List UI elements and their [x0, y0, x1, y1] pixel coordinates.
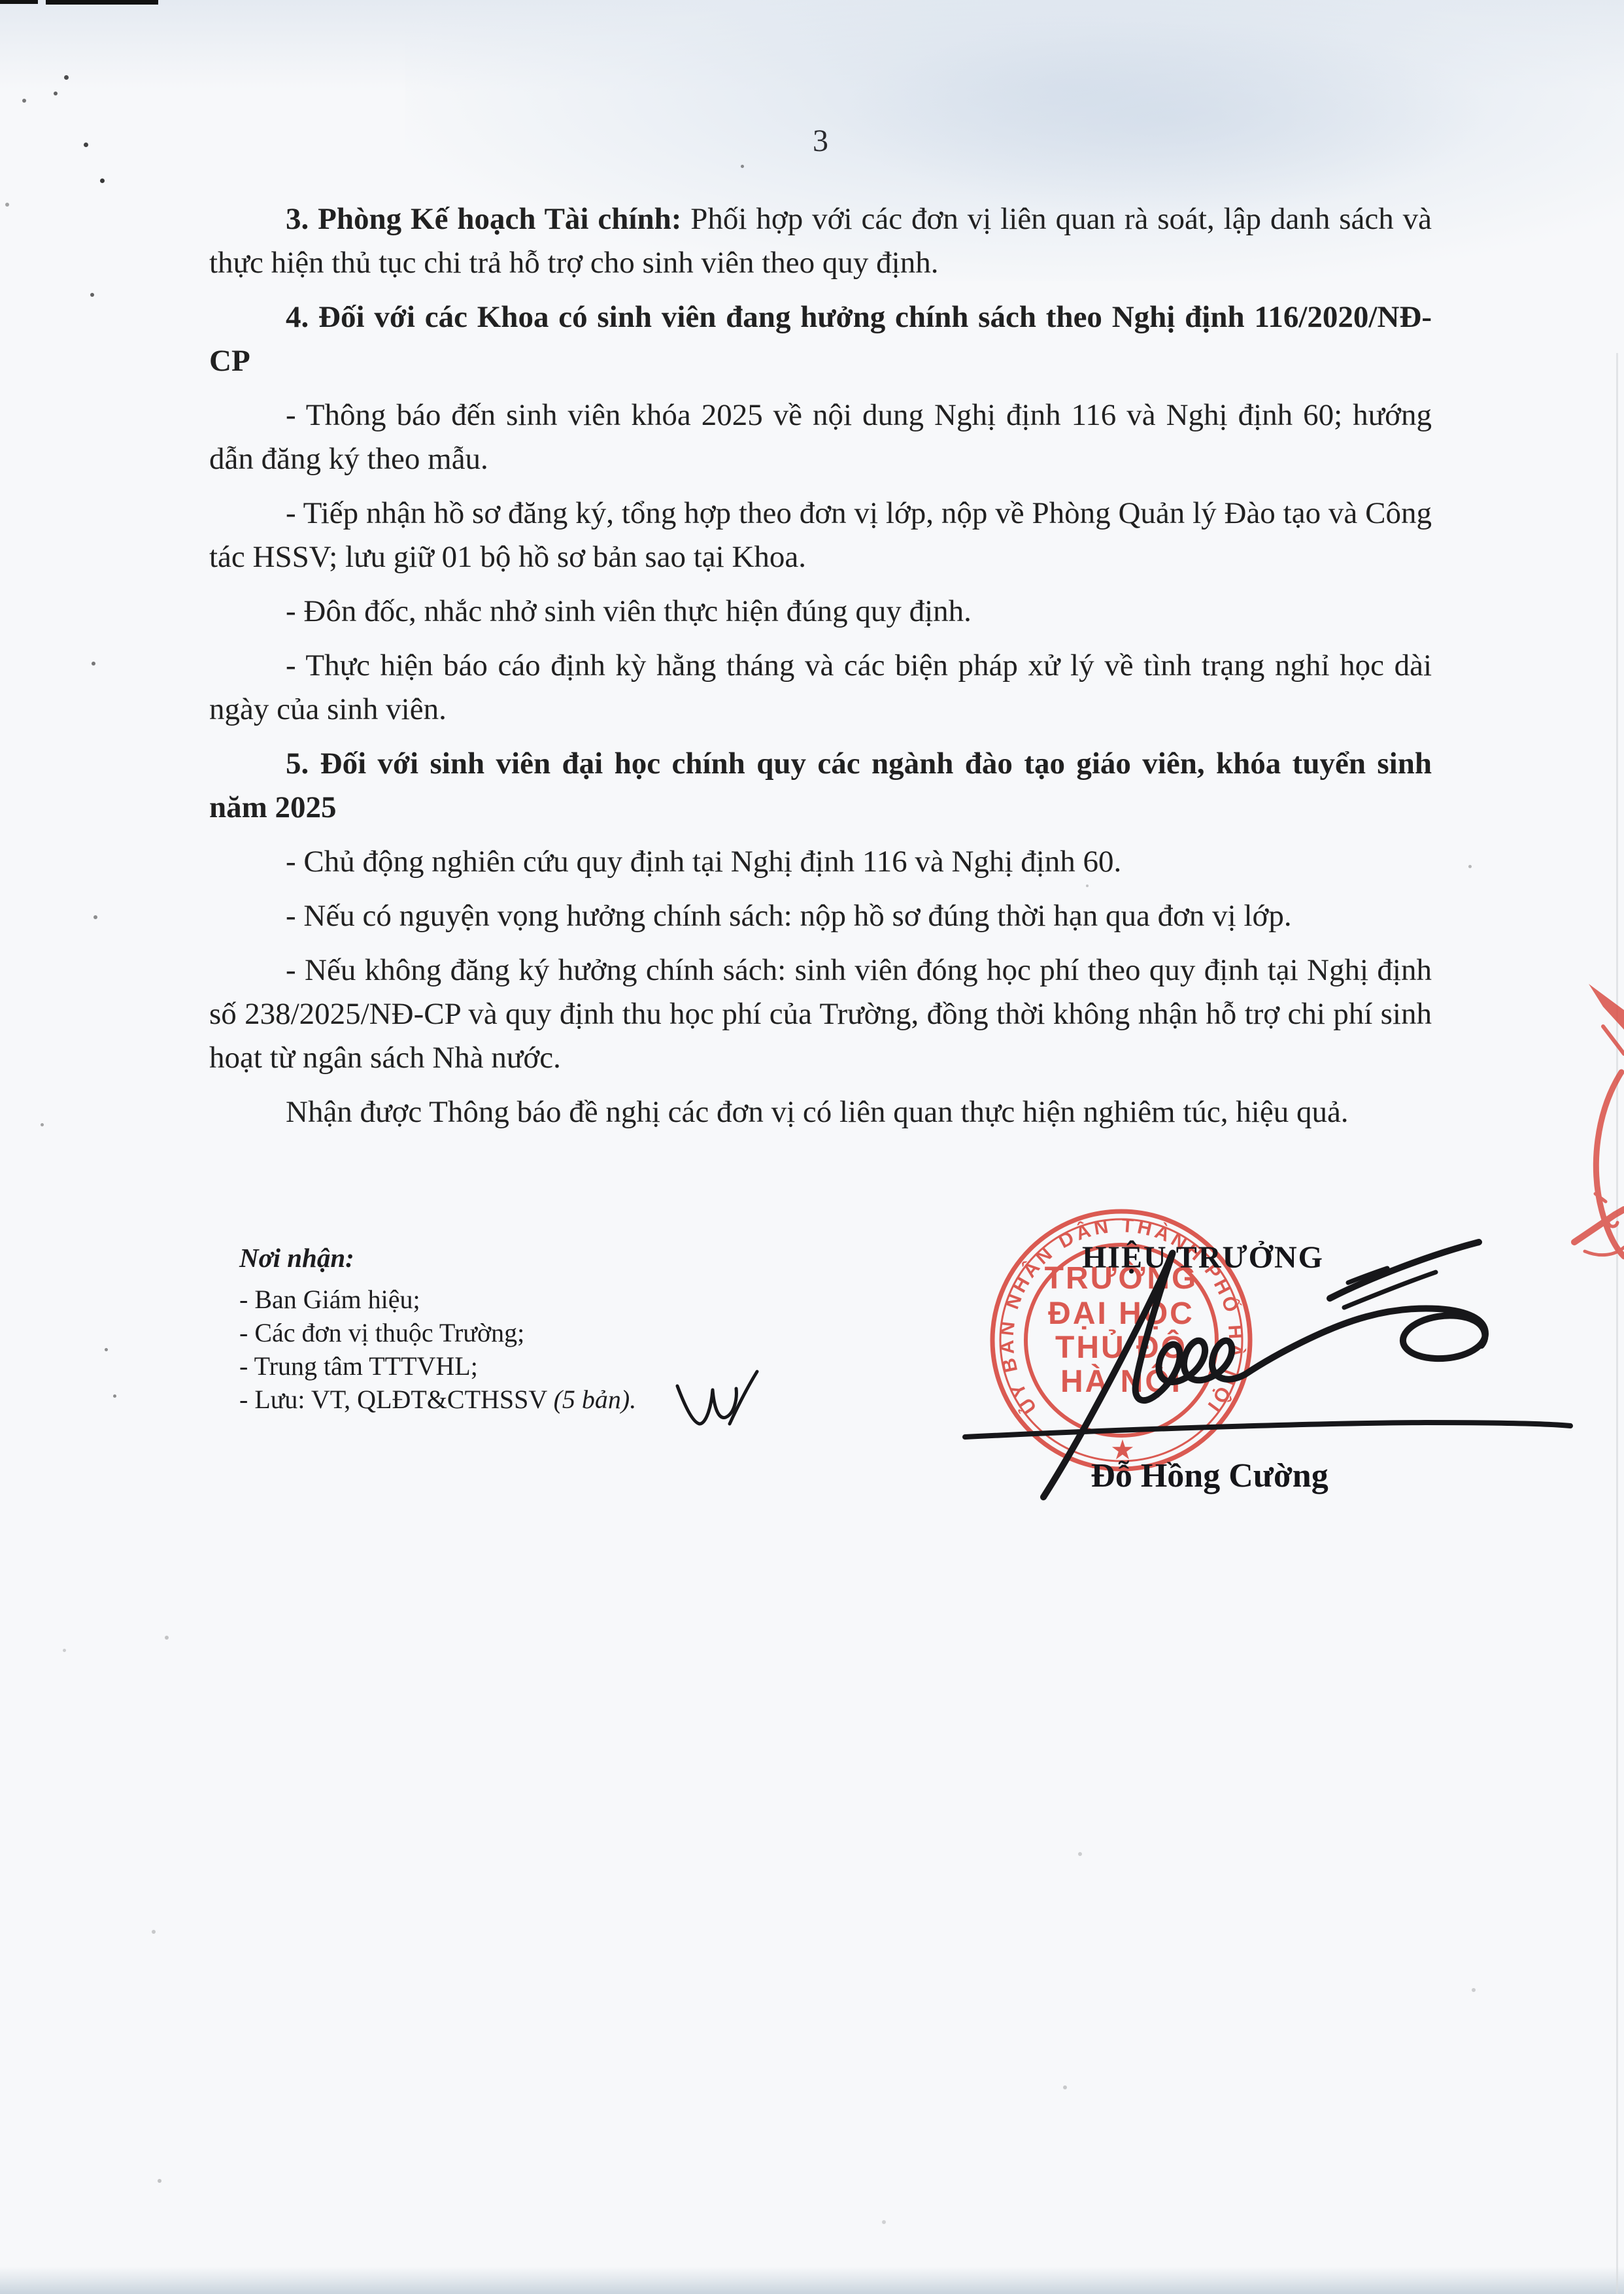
scan-speck [41, 1123, 44, 1126]
scan-speck [84, 143, 88, 147]
document-body: 3. Phòng Kế hoạch Tài chính: Phối hợp vớ… [209, 197, 1432, 1145]
body-paragraph: - Nếu có nguyện vọng hưởng chính sách: n… [209, 894, 1432, 938]
recipients-block: Nơi nhận: - Ban Giám hiệu;- Các đơn vị t… [239, 1242, 828, 1416]
body-paragraph: 3. Phòng Kế hoạch Tài chính: Phối hợp vớ… [209, 197, 1432, 285]
scan-speck [93, 915, 97, 919]
scan-speck [1472, 1988, 1476, 1992]
recipients-list: - Ban Giám hiệu;- Các đơn vị thuộc Trườn… [239, 1283, 828, 1416]
scan-speck [92, 662, 95, 666]
scan-speck [100, 178, 105, 183]
paragraph-bold-text: 4. Đối với các Khoa có sinh viên đang hư… [209, 300, 1432, 378]
scan-speck [64, 75, 69, 80]
scan-speck [90, 293, 94, 297]
body-paragraph: Nhận được Thông báo đề nghị các đơn vị c… [209, 1090, 1432, 1134]
scan-speck [165, 1636, 169, 1640]
scan-speck [1063, 2085, 1067, 2089]
scanned-document-page: 3 3. Phòng Kế hoạch Tài chính: Phối hợp … [0, 0, 1624, 2294]
paragraph-text: - Thực hiện báo cáo định kỳ hằng tháng v… [209, 649, 1432, 726]
recipient-item: - Lưu: VT, QLĐT&CTHSSV (5 bản). [239, 1383, 828, 1416]
recipient-item: - Các đơn vị thuộc Trường; [239, 1316, 828, 1349]
signature-title: HIỆU TRƯỞNG [1033, 1240, 1373, 1275]
body-paragraph: - Tiếp nhận hồ sơ đăng ký, tổng hợp theo… [209, 492, 1432, 579]
paragraph-text: - Nếu có nguyện vọng hưởng chính sách: n… [286, 899, 1292, 933]
scan-speck [882, 2220, 886, 2224]
scan-shading-cloud [837, 20, 1491, 216]
scan-speck [105, 1348, 108, 1351]
body-paragraph: - Thực hiện báo cáo định kỳ hằng tháng v… [209, 644, 1432, 732]
stamp-center-text: TRƯỜNG ĐẠI HỌC THỦ ĐÔ HÀ NỘI ★ [1045, 1260, 1198, 1465]
recipient-text: - Các đơn vị thuộc Trường; [239, 1318, 524, 1347]
stamp-line-2: ĐẠI HỌC [1048, 1296, 1194, 1331]
scan-speck [1086, 885, 1089, 887]
scan-shading-bottom [0, 2267, 1624, 2294]
scan-edge-line [1616, 353, 1618, 2294]
body-paragraph: - Thông báo đến sinh viên khóa 2025 về n… [209, 394, 1432, 481]
recipient-note: (5 bản). [554, 1385, 637, 1414]
scan-speck [1468, 865, 1472, 868]
page-number: 3 [785, 123, 856, 159]
scan-speck [54, 92, 58, 95]
paragraph-bold-text: 5. Đối với sinh viên đại học chính quy c… [209, 747, 1432, 824]
body-paragraph: - Chủ động nghiên cứu quy định tại Nghị … [209, 840, 1432, 884]
paragraph-text: Nhận được Thông báo đề nghị các đơn vị c… [286, 1095, 1349, 1129]
body-paragraph: 5. Đối với sinh viên đại học chính quy c… [209, 742, 1432, 830]
recipients-label: Nơi nhận: [239, 1242, 828, 1274]
paragraph-text: - Thông báo đến sinh viên khóa 2025 về n… [209, 398, 1432, 476]
scan-speck [22, 99, 26, 103]
scan-speck [5, 203, 9, 207]
paragraph-text: - Chủ động nghiên cứu quy định tại Nghị … [286, 845, 1121, 879]
paragraph-text: - Nếu không đăng ký hưởng chính sách: si… [209, 953, 1432, 1075]
paragraph-text: - Tiếp nhận hồ sơ đăng ký, tổng hợp theo… [209, 496, 1432, 574]
recipient-text: - Trung tâm TTTVHL; [239, 1351, 478, 1381]
scan-speck [158, 2179, 161, 2183]
scan-speck [113, 1394, 116, 1398]
signer-name: Đỗ Hồng Cường [1046, 1457, 1373, 1495]
scan-speck [152, 1930, 156, 1934]
scan-speck [1078, 1852, 1082, 1856]
paragraph-text: - Đôn đốc, nhắc nhở sinh viên thực hiện … [286, 594, 972, 628]
scan-speck [63, 1649, 66, 1652]
body-paragraph: - Nếu không đăng ký hưởng chính sách: si… [209, 949, 1432, 1080]
recipient-item: - Ban Giám hiệu; [239, 1283, 828, 1316]
paragraph-bold-text: 3. Phòng Kế hoạch Tài chính: [286, 202, 681, 236]
body-paragraph: 4. Đối với các Khoa có sinh viên đang hư… [209, 295, 1432, 383]
recipient-item: - Trung tâm TTTVHL; [239, 1349, 828, 1383]
stamp-line-4: HÀ NỘI [1060, 1363, 1182, 1399]
body-paragraph: - Đôn đốc, nhắc nhở sinh viên thực hiện … [209, 590, 1432, 633]
scan-speck [741, 165, 744, 168]
recipient-text: - Lưu: VT, QLĐT&CTHSSV [239, 1385, 554, 1414]
stamp-line-3: THỦ ĐÔ [1055, 1329, 1187, 1365]
recipient-text: - Ban Giám hiệu; [239, 1285, 420, 1314]
